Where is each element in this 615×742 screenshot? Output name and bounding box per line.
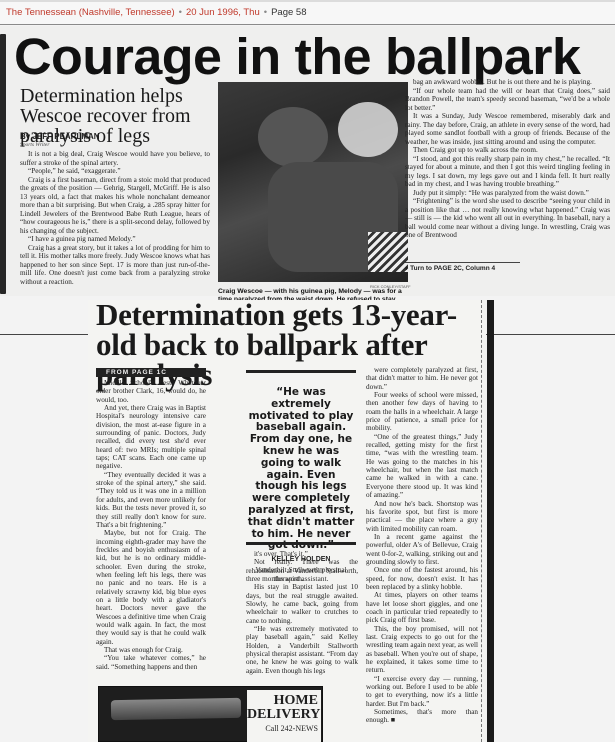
paragraph: “I exercise every day — running, working…: [366, 675, 478, 708]
byline: By JEFF PEARLMAN: [20, 132, 100, 141]
article-column-3: bag an awkward wobble. But he is out the…: [405, 78, 610, 240]
ad-phone: Call 242-NEWS: [247, 724, 318, 733]
paragraph: It was a Sunday, Judy Wescoe remembered,…: [405, 112, 610, 146]
home-delivery-ad: HOME DELIVERY Call 242-NEWS: [98, 686, 323, 742]
pull-quote-text: “He was extremely motivated to play base…: [246, 387, 356, 552]
clipping-edge: [0, 34, 6, 294]
source-citation: The Tennessean (Nashville, Tennessee)•20…: [6, 7, 306, 18]
article-column-2: it's over. That's it.” Not really. There…: [246, 550, 358, 675]
paragraph: “Frightening” is the word she used to de…: [405, 197, 610, 240]
paragraph: “He was extremely motivated to play base…: [246, 625, 358, 675]
paragraph: were completely paralyzed at first, that…: [366, 366, 478, 391]
paragraph: That was enough for Craig.: [96, 646, 206, 654]
paragraph: “One of the greatest things,” Judy recal…: [366, 433, 478, 500]
from-page-label: FROM PAGE 1C: [96, 368, 206, 377]
paragraph: Four weeks of school were missed, then a…: [366, 391, 478, 433]
byline-role: Sports Writer: [20, 142, 50, 148]
paragraph: And yet, there Craig was in Baptist Hosp…: [96, 404, 206, 471]
separator: •: [179, 7, 182, 18]
paragraph: Once one of the fastest around, his spee…: [366, 566, 478, 591]
clipping-article-1: Courage in the ballpark Determination he…: [0, 26, 615, 296]
header-strip: [0, 0, 615, 2]
photo-shape: [368, 232, 408, 272]
ad-line-delivery: DELIVERY: [247, 708, 318, 722]
article-column-1: It is not a big deal, Craig Wescoe would…: [20, 150, 210, 286]
jump-line: ♦ Turn to PAGE 2C, Column 4: [405, 262, 520, 272]
paragraph: Maybe, but not for Craig. The incoming e…: [96, 529, 206, 646]
paragraph: This, the boy promised, will not last. C…: [366, 625, 478, 675]
photo-shape: [258, 107, 328, 167]
paragraph: Craig is a first baseman, direct from a …: [20, 176, 210, 236]
paragraph: bag an awkward wobble. But he is out the…: [405, 78, 610, 87]
paragraph: “I stood, and got this really sharp pain…: [405, 155, 610, 189]
article-column-1: Middle School's best. Whatever older bro…: [96, 379, 206, 671]
pull-quote-rule: [246, 370, 356, 373]
paragraph: “I have a guinea pig named Melody.”: [20, 235, 210, 244]
article-column-3: were completely paralyzed at first, that…: [366, 366, 478, 725]
cut-line: [481, 300, 482, 742]
paragraph: Not really. There was the rehabilitation…: [246, 558, 358, 583]
source-date[interactable]: 20 Jun 1996, Thu: [186, 7, 260, 18]
paragraph: “You take whatever comes,” he said. “Som…: [96, 654, 206, 671]
ad-line-home: HOME: [247, 694, 318, 708]
clipping-article-2: Determination gets 13-year-old back to b…: [88, 300, 486, 742]
paragraph: Sometimes, that's more than enough. ■: [366, 708, 478, 725]
clipping-edge: [487, 300, 494, 742]
article-photo: [218, 82, 408, 282]
paragraph: Then Craig got up to walk across the roo…: [405, 146, 610, 155]
paragraph: In a recent game against the powerful, o…: [366, 533, 478, 566]
separator: •: [264, 7, 267, 18]
newspaper-image: [111, 698, 241, 720]
paragraph: “If our whole team had the will or heart…: [405, 87, 610, 113]
source-page[interactable]: Page 58: [271, 7, 306, 18]
paragraph: His stay in Baptist lasted just 10 days,…: [246, 583, 358, 625]
paragraph: And now he's back. Shortstop was his fav…: [366, 500, 478, 533]
paragraph: At times, players on other teams have le…: [366, 591, 478, 624]
paragraph: “They eventually decided it was a stroke…: [96, 471, 206, 529]
paragraph: It is not a big deal, Craig Wescoe would…: [20, 150, 210, 167]
paragraph: “People,” he said, “exaggerate.”: [20, 167, 210, 176]
paragraph: Middle School's best. Whatever older bro…: [96, 379, 206, 404]
ad-text-panel: HOME DELIVERY Call 242-NEWS: [247, 690, 321, 742]
pull-quote-rule: [246, 542, 356, 545]
paragraph: it's over. That's it.”: [246, 550, 358, 558]
source-name[interactable]: The Tennessean (Nashville, Tennessee): [6, 7, 175, 18]
paragraph: Craig has a great story, but it takes a …: [20, 244, 210, 287]
source-header: The Tennessean (Nashville, Tennessee)•20…: [0, 0, 615, 25]
photo-shape: [338, 102, 398, 157]
paragraph: Judy put it simply: “He was paralyzed fr…: [405, 189, 610, 198]
